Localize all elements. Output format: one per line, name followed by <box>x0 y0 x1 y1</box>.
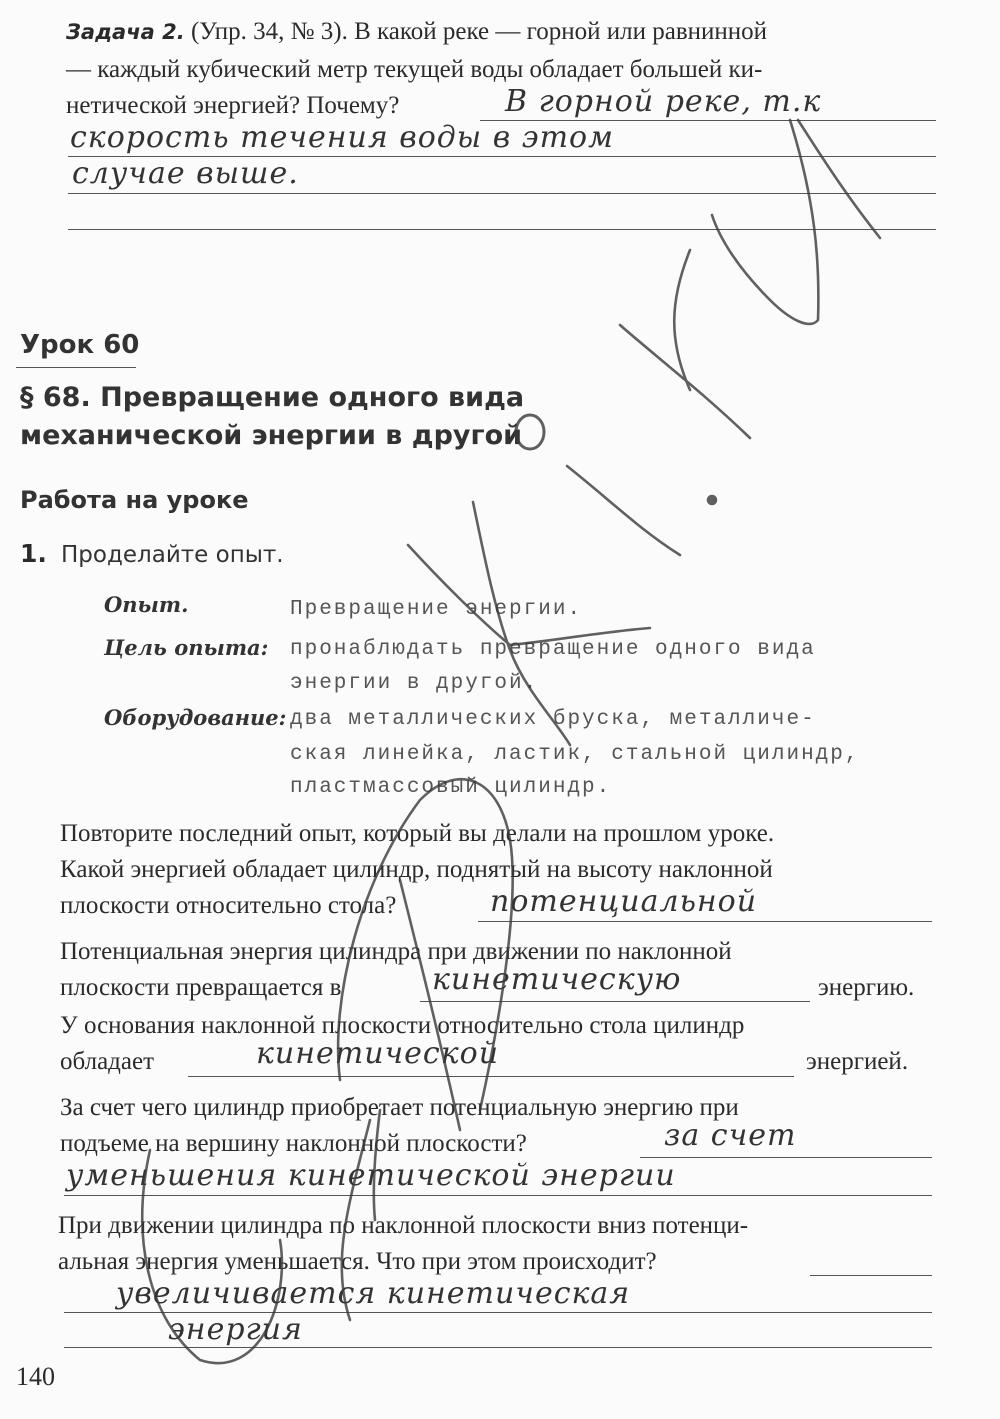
answer-line <box>188 1076 794 1077</box>
answer-line <box>64 1347 932 1348</box>
q2-line-2-before: плоскости превращается в <box>60 974 341 1002</box>
equipment-label: Оборудование: <box>104 705 286 730</box>
lesson-underline <box>16 367 136 368</box>
answer-line <box>640 1157 932 1158</box>
q4-answer-2: уменьшения кинетической энергии <box>66 1158 676 1193</box>
goal-label: Цель опыта: <box>104 635 268 660</box>
answer-line <box>478 921 932 922</box>
task2-answer-line-1: В горной реке, т.к <box>505 84 821 119</box>
section-title: Работа на уроке <box>20 486 249 514</box>
answer-line <box>64 1195 932 1196</box>
equipment-value-2: ская линейка, ластик, стальной цилиндр, <box>290 743 859 766</box>
goal-value-2: энергии в другой. <box>290 672 538 695</box>
experiment-label: Опыт. <box>104 592 188 617</box>
q2-line-2-after: энергию. <box>818 974 914 1002</box>
task2-answer-line-2: скорость течения воды в этом <box>70 120 614 155</box>
task2-line-1: Задача 2. (Упр. 34, № 3). В какой реке —… <box>66 18 767 46</box>
exercise-number: 1. <box>20 539 47 568</box>
answer-line <box>68 193 936 194</box>
q4-answer-1: за счет <box>664 1118 796 1153</box>
task2-text-1: В какой реке — горной или равнинной <box>354 18 767 45</box>
q4-line-2: подъеме на вершину наклонной плоскости? <box>60 1130 527 1158</box>
equipment-value-3: пластмассовый цилиндр. <box>290 776 611 799</box>
page-number: 140 <box>16 1362 55 1392</box>
q1-line-2: Какой энергией обладает цилиндр, подняты… <box>60 856 773 884</box>
experiment-value: Превращение энергии. <box>290 598 582 621</box>
q1-line-3: плоскости относительно стола? <box>60 892 396 920</box>
task2-label: Задача 2. <box>66 20 185 44</box>
q5-answer-1: увеличивается кинетическая <box>116 1276 630 1311</box>
task2-line-3: нетической энергией? Почему? <box>66 92 399 120</box>
q5-answer-2: энергия <box>168 1312 303 1347</box>
task2-ref: (Упр. 34, № 3). <box>191 18 348 45</box>
task2-line-2: — каждый кубический метр текущей воды об… <box>66 56 762 84</box>
q2-answer: кинетическую <box>432 962 681 997</box>
exercise-instruction: Проделайте опыт. <box>61 542 284 568</box>
q3-answer: кинетической <box>256 1036 499 1071</box>
q4-line-1: За счет чего цилиндр приобретает потенци… <box>60 1094 739 1122</box>
goal-value-1: пронаблюдать превращение одного вида <box>290 638 816 661</box>
paragraph-title-1: § 68. Превращение одного вида <box>20 378 524 418</box>
q5-line-2: альная энергия уменьшается. Что при этом… <box>58 1248 657 1276</box>
q3-line-2-before: обладает <box>60 1048 154 1076</box>
q5-line-1: При движении цилиндра по наклонной плоск… <box>58 1212 748 1240</box>
q1-answer: потенциальной <box>490 884 757 919</box>
q3-line-2-after: энергией. <box>806 1048 908 1076</box>
answer-line <box>420 1001 810 1002</box>
paragraph-title-2: механической энергии в другой <box>20 416 522 456</box>
answer-line <box>810 1275 932 1276</box>
task2-answer-line-3: случае выше. <box>72 156 299 191</box>
lesson-title: Урок 60 <box>20 330 139 360</box>
answer-line <box>68 229 936 230</box>
q1-line-1: Повторите последний опыт, который вы дел… <box>60 820 774 848</box>
equipment-value-1: два металлических бруска, металличе- <box>290 708 816 731</box>
workbook-page: Задача 2. (Упр. 34, № 3). В какой реке —… <box>0 0 1000 1419</box>
